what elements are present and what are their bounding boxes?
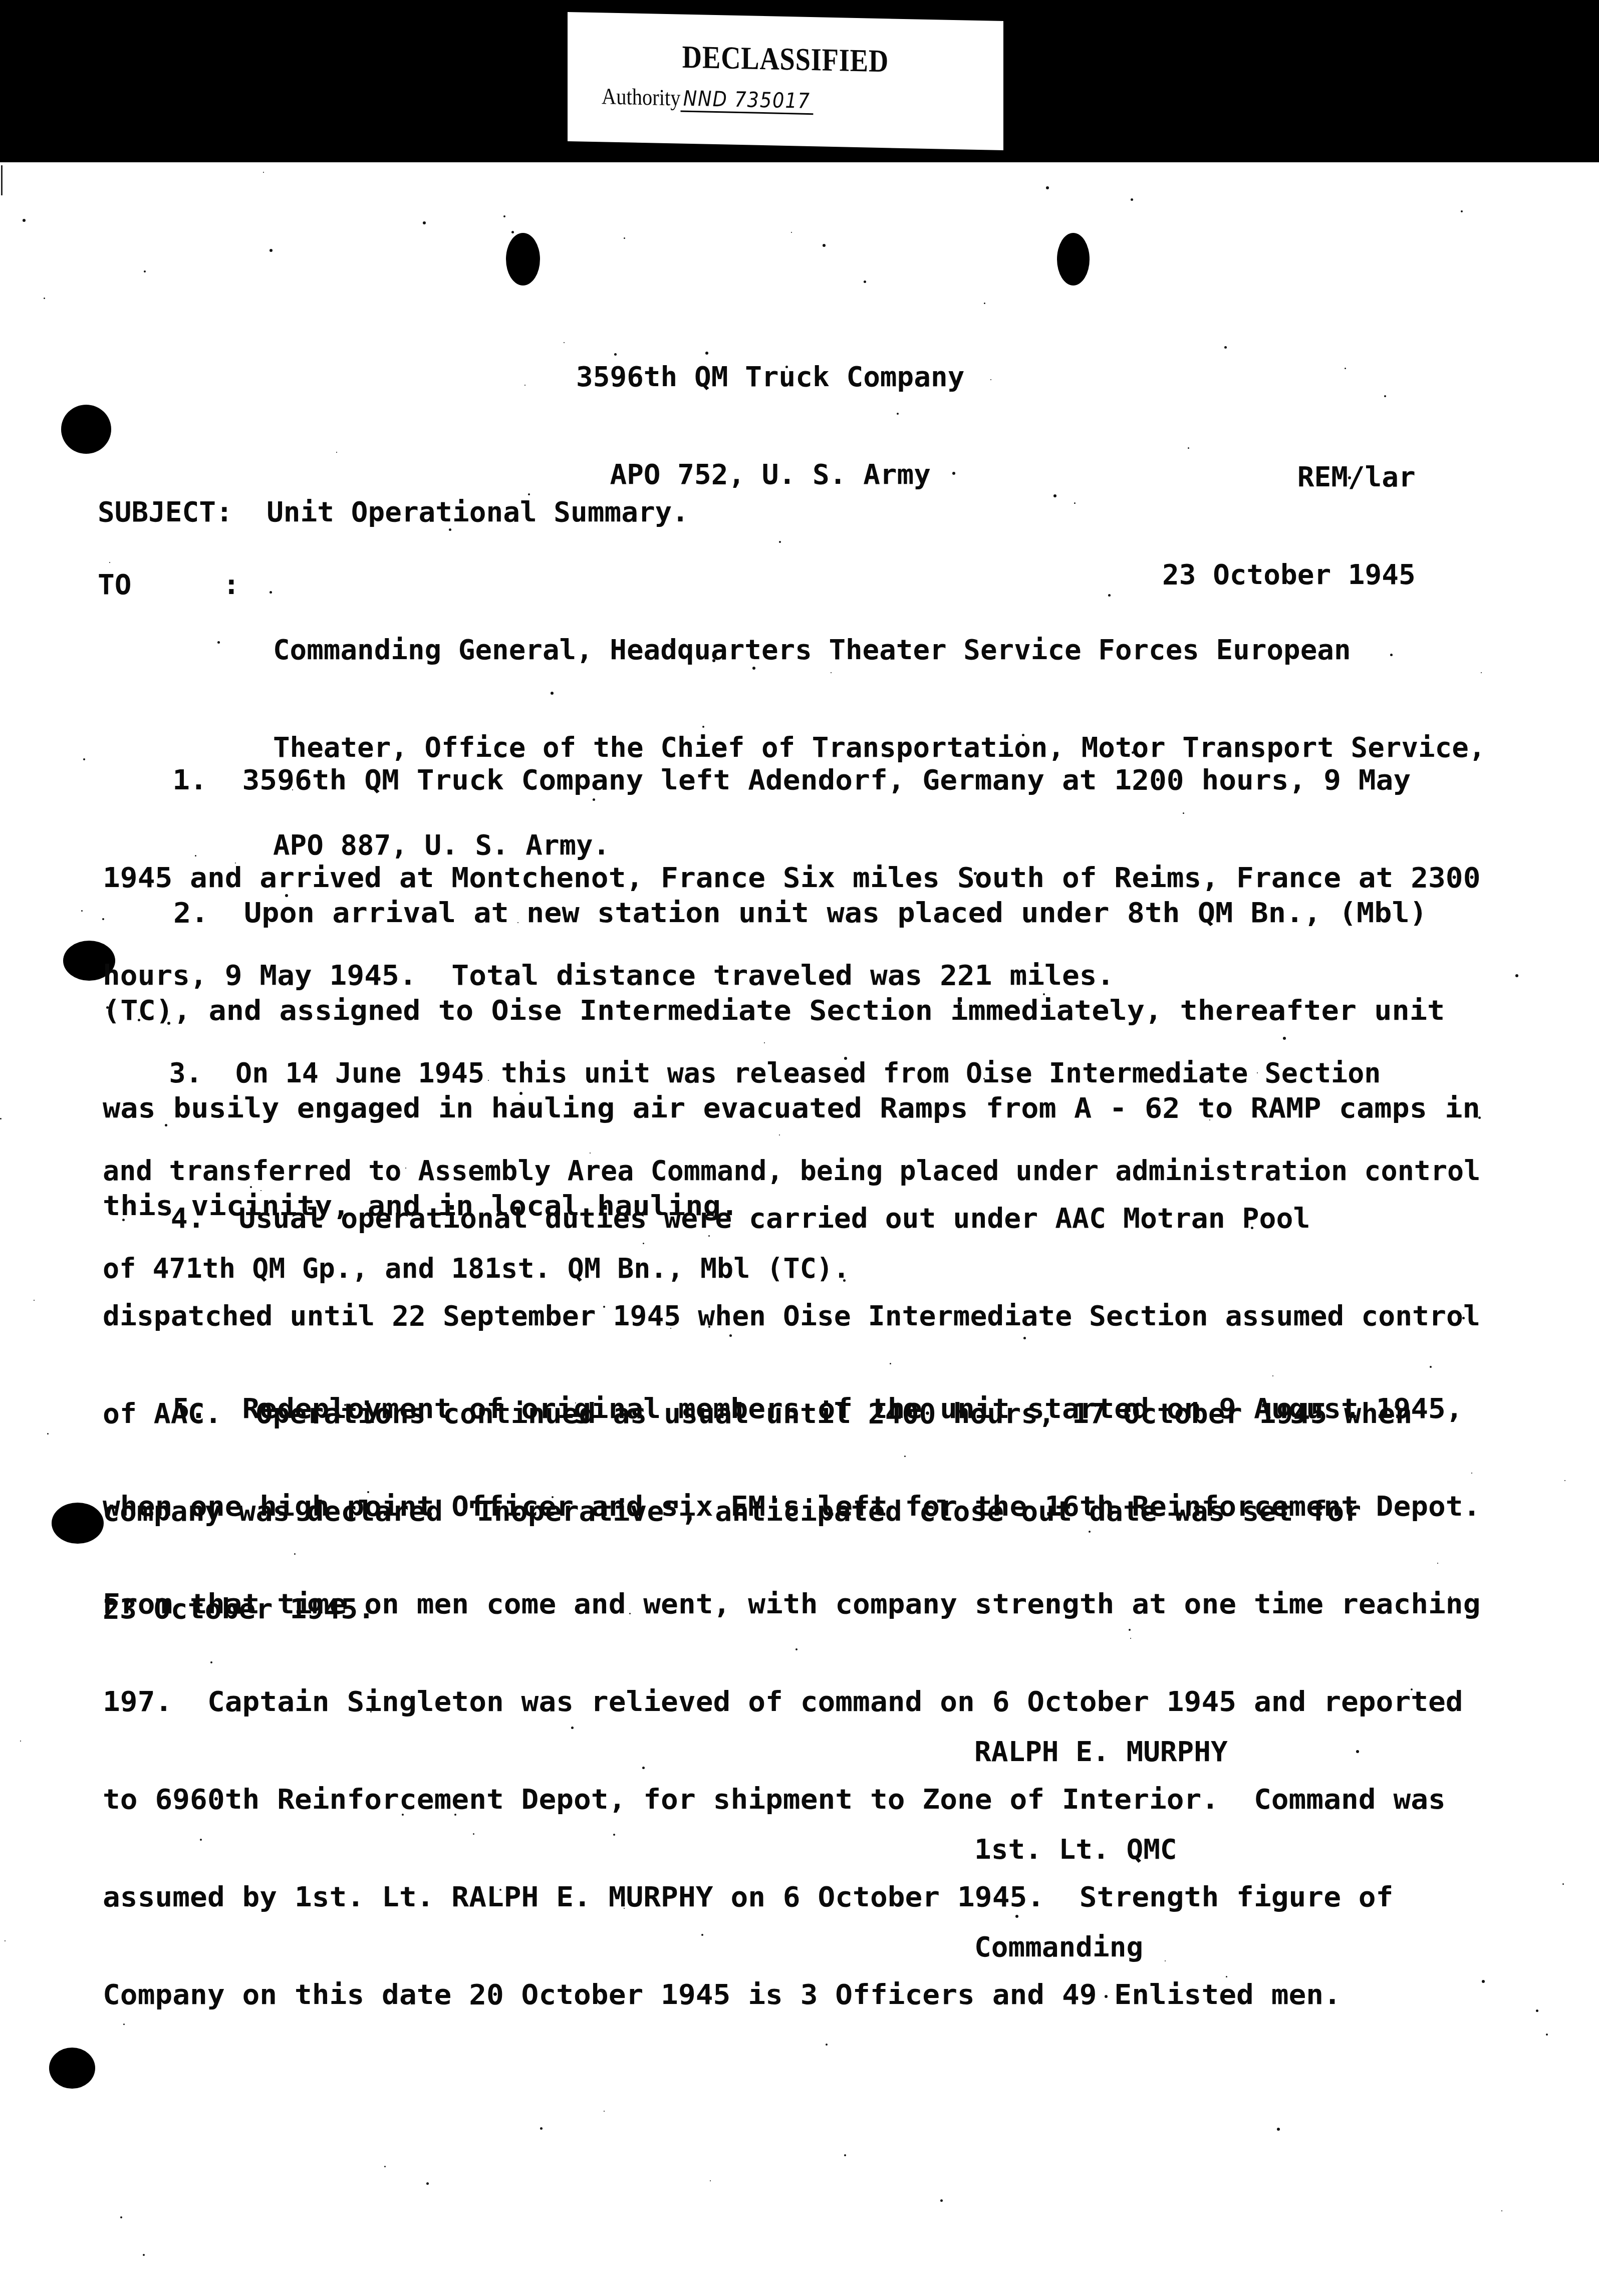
scan-speck bbox=[1515, 974, 1518, 977]
scan-speck bbox=[1105, 1995, 1108, 1998]
scan-speck bbox=[823, 244, 826, 247]
paragraph-line: 1. 3596th QM Truck Company left Adendorf… bbox=[103, 764, 1481, 796]
scan-speck bbox=[629, 1613, 631, 1614]
paragraph-5: 5. Redeployment of original members of t… bbox=[103, 1327, 1481, 2044]
scan-speck bbox=[81, 910, 83, 912]
scan-speck bbox=[1155, 1503, 1157, 1505]
scan-speck bbox=[1272, 1375, 1273, 1376]
scan-speck bbox=[524, 385, 525, 386]
scan-speck bbox=[1478, 1116, 1481, 1119]
scan-speck bbox=[1074, 502, 1076, 504]
scan-speck bbox=[715, 970, 716, 971]
scan-speck bbox=[575, 1402, 576, 1403]
scan-speck bbox=[0, 1118, 2, 1119]
scan-speck bbox=[102, 918, 104, 920]
scan-speck bbox=[593, 798, 595, 801]
scan-speck bbox=[47, 1433, 49, 1434]
scan-speck bbox=[165, 1124, 167, 1126]
scan-speck bbox=[897, 413, 899, 415]
scan-speck bbox=[858, 757, 859, 758]
paragraph-line: From that time on men come and went, wit… bbox=[103, 1588, 1481, 1620]
scan-speck bbox=[344, 1404, 346, 1406]
scan-speck bbox=[643, 1243, 644, 1244]
scan-speck bbox=[1283, 1037, 1286, 1040]
paragraph-line: Company on this date 20 October 1945 is … bbox=[103, 1978, 1481, 2011]
scan-speck bbox=[1209, 1119, 1210, 1120]
scan-speck bbox=[1384, 395, 1386, 397]
scan-speck bbox=[795, 1648, 797, 1650]
scan-speck bbox=[292, 789, 293, 790]
to-label: TO bbox=[98, 568, 131, 601]
scan-speck bbox=[270, 249, 273, 252]
scan-speck bbox=[613, 1834, 615, 1836]
scan-speck bbox=[138, 1019, 140, 1021]
scan-speck bbox=[1132, 751, 1134, 754]
paragraph-line: 3. On 14 June 1945 this unit was release… bbox=[103, 1057, 1480, 1089]
scan-speck bbox=[958, 1002, 961, 1005]
scan-speck bbox=[1089, 1531, 1091, 1533]
scan-speck bbox=[729, 1334, 732, 1337]
scan-speck bbox=[844, 2154, 846, 2156]
scan-speck bbox=[904, 1456, 906, 1457]
scan-speck bbox=[1224, 346, 1227, 349]
scan-speck bbox=[1348, 476, 1351, 479]
scan-speck bbox=[764, 1042, 765, 1043]
scan-speck bbox=[423, 221, 426, 224]
scan-speck bbox=[1471, 1473, 1472, 1474]
scan-speck bbox=[1022, 734, 1024, 736]
punch-hole-icon bbox=[49, 2048, 95, 2089]
scan-speck bbox=[590, 1153, 591, 1154]
punch-hole-icon bbox=[506, 233, 540, 285]
scan-speck bbox=[1345, 368, 1346, 369]
scan-speck bbox=[454, 1814, 456, 1816]
signer-title: Commanding bbox=[974, 1931, 1228, 1963]
scan-speck bbox=[1183, 812, 1184, 814]
scan-speck bbox=[552, 1496, 554, 1498]
scan-speck bbox=[144, 270, 146, 272]
scan-speck bbox=[705, 352, 708, 355]
paper-top-edge bbox=[0, 161, 1599, 166]
scan-speck bbox=[426, 2182, 429, 2185]
scan-speck bbox=[20, 1741, 21, 1742]
scan-speck bbox=[528, 493, 530, 495]
scan-speck bbox=[843, 1279, 846, 1282]
scan-speck bbox=[1481, 672, 1482, 673]
scan-speck bbox=[210, 1661, 212, 1663]
scan-speck bbox=[44, 298, 45, 299]
scan-speck bbox=[1226, 1976, 1227, 1977]
scan-speck bbox=[1277, 2128, 1280, 2131]
scan-speck bbox=[779, 1134, 780, 1135]
scan-speck bbox=[603, 1306, 605, 1308]
scan-speck bbox=[890, 1363, 891, 1364]
punch-hole-icon bbox=[52, 1503, 104, 1544]
scan-speck bbox=[503, 215, 505, 217]
scan-speck bbox=[712, 659, 715, 662]
paper-left-edge bbox=[1, 165, 3, 195]
scan-speck bbox=[405, 1168, 406, 1169]
scan-speck bbox=[983, 1078, 985, 1079]
scan-speck bbox=[571, 1727, 574, 1729]
signer-name: RALPH E. MURPHY bbox=[974, 1736, 1228, 1768]
scan-speck bbox=[511, 231, 514, 233]
scan-speck bbox=[614, 353, 617, 356]
scan-speck bbox=[517, 922, 518, 923]
paragraph-line: 197. Captain Singleton was relieved of c… bbox=[103, 1685, 1481, 1718]
scan-speck bbox=[1046, 186, 1049, 189]
scan-speck bbox=[402, 1814, 404, 1816]
to-colon: : bbox=[223, 568, 240, 601]
scan-speck bbox=[1053, 494, 1056, 497]
scan-speck bbox=[388, 1268, 389, 1270]
signature-block: RALPH E. MURPHY 1st. Lt. QMC Commanding bbox=[974, 1670, 1228, 1996]
scan-speck bbox=[1108, 594, 1111, 597]
scan-speck bbox=[1015, 1915, 1018, 1918]
scan-speck bbox=[294, 1553, 296, 1555]
scan-speck bbox=[1536, 2010, 1538, 2012]
scan-speck bbox=[367, 1491, 369, 1493]
scan-speck bbox=[1131, 198, 1133, 201]
paragraph-line: assumed by 1st. Lt. RALPH E. MURPHY on 6… bbox=[103, 1881, 1481, 1913]
scan-speck bbox=[499, 1889, 501, 1891]
scan-speck bbox=[5, 1940, 6, 1941]
scan-speck bbox=[1461, 210, 1463, 212]
scan-speck bbox=[449, 528, 451, 531]
scan-speck bbox=[1395, 1406, 1397, 1408]
scan-speck bbox=[1188, 447, 1189, 449]
paragraph-line: 5. Redeployment of original members of t… bbox=[103, 1392, 1481, 1425]
paragraph-line: 2. Upon arrival at new station unit was … bbox=[103, 897, 1480, 929]
scan-speck bbox=[708, 1235, 710, 1237]
scan-speck bbox=[670, 1328, 671, 1329]
scan-speck bbox=[285, 894, 288, 897]
scan-speck bbox=[109, 562, 110, 563]
scan-speck bbox=[952, 472, 955, 475]
scan-speck bbox=[1564, 1480, 1565, 1481]
scan-speck bbox=[482, 983, 483, 984]
scan-speck bbox=[1257, 1072, 1258, 1073]
scan-speck bbox=[123, 2024, 125, 2025]
scan-speck bbox=[844, 1057, 847, 1060]
scan-speck bbox=[1129, 1629, 1131, 1631]
scan-speck bbox=[1405, 1410, 1406, 1411]
scan-speck bbox=[984, 303, 985, 304]
scan-speck bbox=[263, 172, 264, 173]
scan-speck bbox=[540, 2127, 543, 2130]
scan-speck bbox=[336, 452, 337, 453]
scan-speck bbox=[604, 2111, 605, 2112]
paragraph-line: to 6960th Reinforcement Depot, for shipm… bbox=[103, 1783, 1481, 1816]
scan-speck bbox=[410, 1215, 411, 1216]
scan-speck bbox=[473, 1833, 474, 1835]
scan-speck bbox=[564, 342, 565, 343]
authority-label: Authority bbox=[602, 83, 680, 110]
scan-speck bbox=[1430, 1366, 1432, 1368]
scan-speck bbox=[779, 541, 781, 543]
paragraph-line: 4. Usual operational duties were carried… bbox=[103, 1202, 1480, 1235]
authority-value: NND 735017 bbox=[680, 86, 813, 115]
scan-speck bbox=[752, 667, 755, 670]
scan-speck bbox=[1562, 1883, 1564, 1885]
scan-speck bbox=[122, 1219, 125, 1221]
scan-speck bbox=[120, 2216, 122, 2218]
scan-speck bbox=[940, 2199, 943, 2202]
scan-speck bbox=[990, 379, 991, 380]
letterhead: 3596th QM Truck Company APO 752, U. S. A… bbox=[576, 296, 964, 523]
scan-speck bbox=[708, 1326, 710, 1328]
scan-speck bbox=[624, 237, 625, 239]
scan-speck bbox=[701, 1934, 703, 1936]
declassified-authority: AuthorityNND 735017 bbox=[602, 83, 813, 114]
punch-hole-icon bbox=[61, 405, 111, 454]
addressee-line: Commanding General, Headquarters Theater… bbox=[273, 634, 1485, 666]
declassified-title: DECLASSIFIED bbox=[600, 37, 971, 81]
scan-speck bbox=[864, 280, 866, 283]
subject-value: Unit Operational Summary. bbox=[266, 496, 689, 528]
paragraph-line: when one high point Officer and six EM's… bbox=[103, 1490, 1481, 1523]
scan-speck bbox=[260, 1190, 261, 1191]
scan-speck bbox=[710, 2180, 711, 2181]
scan-speck bbox=[1449, 1596, 1451, 1598]
scan-speck bbox=[831, 672, 832, 673]
scan-speck bbox=[370, 1711, 372, 1712]
scan-speck bbox=[106, 1006, 109, 1009]
punch-hole-icon bbox=[1057, 233, 1090, 285]
scan-speck bbox=[488, 1080, 489, 1081]
scan-speck bbox=[1437, 1563, 1438, 1564]
scan-speck bbox=[23, 219, 26, 222]
scan-speck bbox=[143, 2254, 145, 2256]
subject-label: SUBJECT: bbox=[98, 496, 233, 528]
scan-speck bbox=[785, 366, 788, 368]
scan-speck bbox=[519, 1092, 522, 1095]
signer-rank: 1st. Lt. QMC bbox=[974, 1833, 1228, 1866]
scan-speck bbox=[624, 1908, 625, 1909]
scan-speck bbox=[1501, 2210, 1502, 2211]
scan-speck bbox=[564, 845, 565, 846]
scan-speck bbox=[826, 2044, 828, 2046]
scan-speck bbox=[562, 907, 565, 909]
scan-speck bbox=[1411, 1688, 1413, 1690]
scan-speck bbox=[250, 1186, 252, 1188]
scan-speck bbox=[974, 872, 977, 875]
scan-speck bbox=[83, 758, 85, 760]
subject-line: SUBJECT: Unit Operational Summary. bbox=[98, 496, 689, 528]
scan-speck bbox=[1165, 1960, 1166, 1961]
scan-speck bbox=[1356, 1750, 1359, 1753]
scan-speck bbox=[200, 1839, 202, 1841]
scan-speck bbox=[1251, 1227, 1253, 1229]
scan-speck bbox=[195, 855, 196, 856]
reference-initials: REM/lar bbox=[1162, 461, 1416, 493]
scan-speck bbox=[384, 2166, 386, 2167]
scan-speck bbox=[217, 641, 220, 644]
scan-speck bbox=[34, 1300, 35, 1301]
scan-speck bbox=[1390, 654, 1393, 656]
scan-speck bbox=[670, 643, 672, 645]
scan-speck bbox=[1546, 2034, 1548, 2036]
scan-speck bbox=[1482, 1980, 1485, 1983]
scan-speck bbox=[235, 863, 236, 864]
scan-speck bbox=[1023, 1337, 1026, 1339]
scan-speck bbox=[270, 591, 272, 594]
unit-name: 3596th QM Truck Company bbox=[576, 361, 964, 393]
declassified-stamp: DECLASSIFIED AuthorityNND 735017 bbox=[568, 12, 1003, 150]
scan-speck bbox=[702, 726, 704, 728]
scan-speck bbox=[1462, 1317, 1465, 1319]
scan-speck bbox=[791, 232, 792, 233]
unit-address: APO 752, U. S. Army bbox=[576, 458, 964, 491]
scan-speck bbox=[1043, 993, 1045, 995]
scan-speck bbox=[551, 692, 554, 695]
scan-speck bbox=[642, 1767, 645, 1769]
scan-speck bbox=[1130, 1638, 1131, 1639]
scan-speck bbox=[167, 1022, 170, 1025]
